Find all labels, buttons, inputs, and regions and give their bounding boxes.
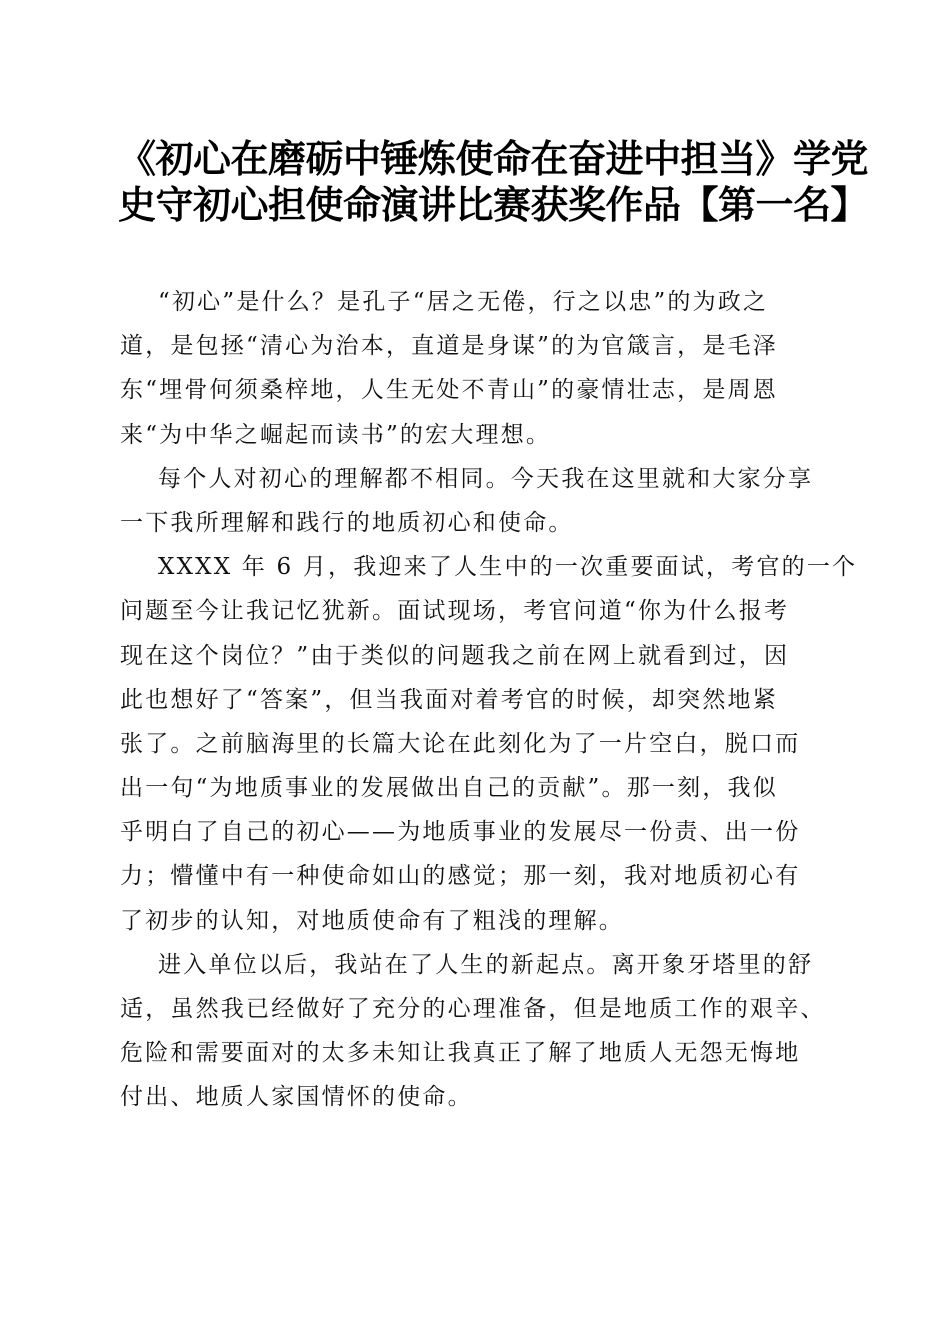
document-title: 《初心在磨砺中锤炼使命在奋进中担当》学党 史守初心担使命演讲比赛获奖作品【第一名… bbox=[118, 136, 838, 228]
paragraph-line: 此也想好了“答案”，但当我面对着考官的时候，却突然地紧 bbox=[120, 678, 830, 722]
paragraph-line: 张了。之前脑海里的长篇大论在此刻化为了一片空白，脱口而 bbox=[120, 722, 830, 766]
paragraph-1: “初心”是什么？是孔子“居之无倦，行之以忠”的为政之 道，是包拯“清心为治本，直… bbox=[120, 280, 830, 457]
paragraph-3: XXXX 年 6 月，我迎来了人生中的一次重要面试，考官的一个 问题至今让我记忆… bbox=[120, 545, 830, 943]
paragraph-line: 了初步的认知，对地质使命有了粗浅的理解。 bbox=[120, 899, 830, 943]
paragraph-line: 乎明白了自己的初心——为地质事业的发展尽一份责、出一份 bbox=[120, 810, 830, 854]
paragraph-line: “初心”是什么？是孔子“居之无倦，行之以忠”的为政之 bbox=[120, 280, 830, 324]
title-line-2: 史守初心担使命演讲比赛获奖作品【第一名】 bbox=[118, 182, 838, 228]
document-page: 《初心在磨砺中锤炼使命在奋进中担当》学党 史守初心担使命演讲比赛获奖作品【第一名… bbox=[0, 0, 950, 1344]
paragraph-line: 问题至今让我记忆犹新。面试现场，考官问道“你为什么报考 bbox=[120, 589, 830, 633]
paragraph-line: 进入单位以后，我站在了人生的新起点。离开象牙塔里的舒 bbox=[120, 943, 830, 987]
paragraph-4: 进入单位以后，我站在了人生的新起点。离开象牙塔里的舒 适，虽然我已经做好了充分的… bbox=[120, 943, 830, 1120]
paragraph-line: 一下我所理解和践行的地质初心和使命。 bbox=[120, 501, 830, 545]
paragraph-line: 每个人对初心的理解都不相同。今天我在这里就和大家分享 bbox=[120, 457, 830, 501]
paragraph-line: 来“为中华之崛起而读书”的宏大理想。 bbox=[120, 413, 830, 457]
document-body: “初心”是什么？是孔子“居之无倦，行之以忠”的为政之 道，是包拯“清心为治本，直… bbox=[120, 280, 830, 1120]
paragraph-line: 付出、地质人家国情怀的使命。 bbox=[120, 1075, 830, 1119]
paragraph-line: 道，是包拯“清心为治本，直道是身谋”的为官箴言，是毛泽 bbox=[120, 324, 830, 368]
paragraph-line: 出一句“为地质事业的发展做出自己的贡献”。那一刻，我似 bbox=[120, 766, 830, 810]
paragraph-line: 适，虽然我已经做好了充分的心理准备，但是地质工作的艰辛、 bbox=[120, 987, 830, 1031]
paragraph-line: 力；懵懂中有一种使命如山的感觉；那一刻，我对地质初心有 bbox=[120, 854, 830, 898]
paragraph-line: 东“埋骨何须桑梓地，人生无处不青山”的豪情壮志，是周恩 bbox=[120, 368, 830, 412]
paragraph-line: 现在这个岗位？”由于类似的问题我之前在网上就看到过，因 bbox=[120, 634, 830, 678]
paragraph-2: 每个人对初心的理解都不相同。今天我在这里就和大家分享 一下我所理解和践行的地质初… bbox=[120, 457, 830, 545]
paragraph-line: 危险和需要面对的太多未知让我真正了解了地质人无怨无悔地 bbox=[120, 1031, 830, 1075]
paragraph-line: XXXX 年 6 月，我迎来了人生中的一次重要面试，考官的一个 bbox=[120, 545, 830, 589]
title-line-1: 《初心在磨砺中锤炼使命在奋进中担当》学党 bbox=[118, 136, 838, 182]
